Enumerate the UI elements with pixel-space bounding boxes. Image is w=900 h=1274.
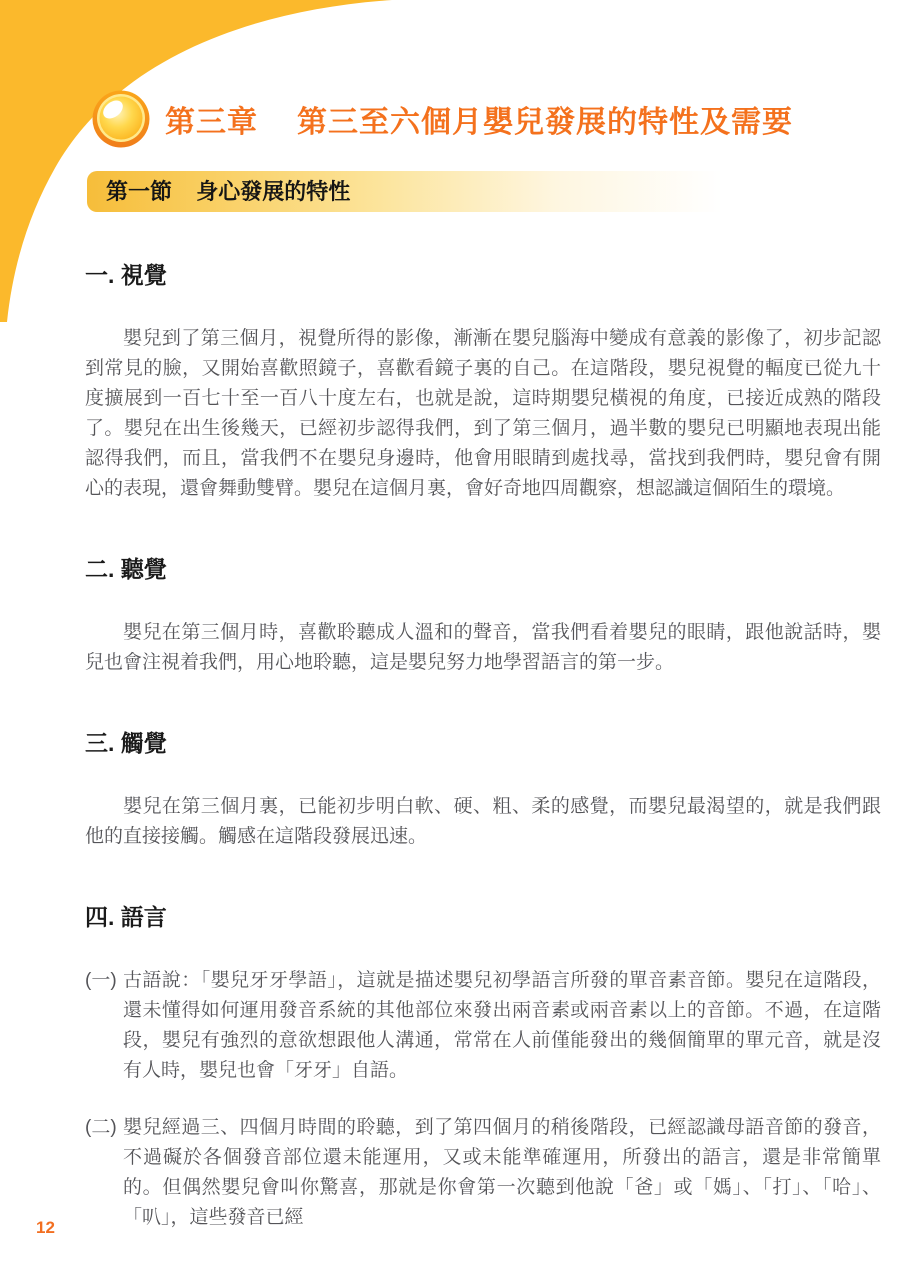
chapter-title: 第三章第三至六個月嬰兒發展的特性及需要 [165,97,793,141]
section-hearing: 二. 聽覺 嬰兒在第三個月時，喜歡聆聽成人溫和的聲音，當我們看着嬰兒的眼睛，跟他… [85,554,881,678]
document-page: 第三章第三至六個月嬰兒發展的特性及需要 第一節身心發展的特性 一. 視覺 嬰兒到… [0,0,900,1274]
page-number: 12 [36,1218,55,1238]
item-1-marker: (一) [85,966,123,996]
chapter-number: 第三章 [165,106,258,139]
language-item-2: (二) 嬰兒經過三、四個月時間的聆聽，到了第四個月的稍後階段，已經認識母語音節的… [85,1113,881,1233]
vision-heading: 一. 視覺 [85,260,881,290]
section-language: 四. 語言 (一) 古語說：「嬰兒牙牙學語」，這就是描述嬰兒初學語言所發的單音素… [85,902,881,1233]
section-bar: 第一節身心發展的特性 [87,171,777,212]
item-1-text: 古語說：「嬰兒牙牙學語」，這就是描述嬰兒初學語言所發的單音素音節。嬰兒在這階段，… [123,966,881,1086]
touch-paragraph: 嬰兒在第三個月裏，已能初步明白軟、硬、粗、柔的感覺，而嬰兒最渴望的，就是我們跟他… [85,792,881,852]
section-number: 第一節 [106,179,172,204]
glossy-bead-icon [92,90,150,148]
hearing-heading: 二. 聽覺 [85,554,881,584]
language-heading: 四. 語言 [85,902,881,932]
language-item-1: (一) 古語說：「嬰兒牙牙學語」，這就是描述嬰兒初學語言所發的單音素音節。嬰兒在… [85,966,881,1086]
chapter-title-text: 第三至六個月嬰兒發展的特性及需要 [297,106,793,139]
section-touch: 三. 觸覺 嬰兒在第三個月裏，已能初步明白軟、硬、粗、柔的感覺，而嬰兒最渴望的，… [85,728,881,852]
main-content: 一. 視覺 嬰兒到了第三個月，視覺所得的影像，漸漸在嬰兒腦海中變成有意義的影像了… [85,260,881,1233]
vision-paragraph: 嬰兒到了第三個月，視覺所得的影像，漸漸在嬰兒腦海中變成有意義的影像了，初步記認到… [85,324,881,504]
section-vision: 一. 視覺 嬰兒到了第三個月，視覺所得的影像，漸漸在嬰兒腦海中變成有意義的影像了… [85,260,881,504]
touch-heading: 三. 觸覺 [85,728,881,758]
section-title-text: 身心發展的特性 [196,179,350,204]
chapter-header: 第三章第三至六個月嬰兒發展的特性及需要 [92,90,793,148]
item-2-marker: (二) [85,1113,123,1143]
item-2-text: 嬰兒經過三、四個月時間的聆聽，到了第四個月的稍後階段，已經認識母語音節的發音，不… [123,1113,881,1233]
hearing-paragraph: 嬰兒在第三個月時，喜歡聆聽成人溫和的聲音，當我們看着嬰兒的眼睛，跟他說話時，嬰兒… [85,618,881,678]
